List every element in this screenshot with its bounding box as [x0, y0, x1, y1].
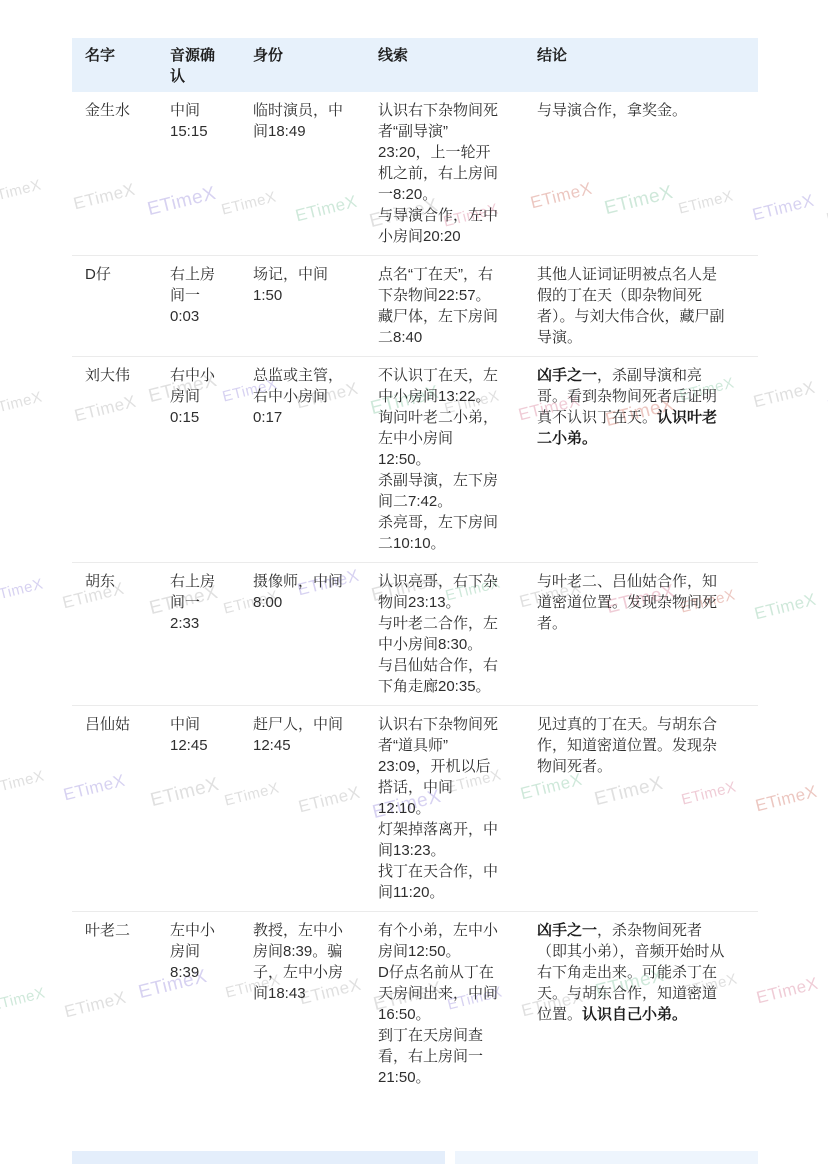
cell-name: D仔: [85, 256, 170, 356]
cell-clues: 有个小弟，左中小房间12:50。 D仔点名前从丁在天房间出来，中间 16:50。…: [378, 912, 537, 1096]
cell-name: 金生水: [85, 92, 170, 255]
cell-clues: 认识右下杂物间死者“副导演” 23:20，上一轮开机之前，右上房间一8:20。 …: [378, 92, 537, 255]
cell-conclusion: 其他人证词证明被点名人是假的丁在天（即杂物间死者）。与刘大伟合伙，藏尸副导演。: [537, 256, 757, 356]
cell-clues: 认识右下杂物间死者“道具师” 23:09，开机以后搭话，中间 12:10。 灯架…: [378, 706, 537, 911]
cell-identity: 临时演员，中间18:49: [253, 92, 378, 255]
cell-audio-confirmation: 右中小房间 0:15: [170, 357, 253, 562]
watermark: ETimeX: [0, 768, 46, 798]
cell-name: 胡东: [85, 563, 170, 705]
cell-clues: 点名“丁在天”，右下杂物间22:57。 藏尸体，左下房间二8:40: [378, 256, 537, 356]
watermark: ETimeX: [0, 177, 43, 207]
cell-name: 刘大伟: [85, 357, 170, 562]
table-row: D仔 右上房间一 0:03 场记，中间 1:50 点名“丁在天”，右下杂物间22…: [72, 256, 758, 357]
column-header-conclusion: 结论: [537, 38, 757, 92]
watermark: ETimeX: [755, 974, 821, 1009]
cell-identity: 赶尸人，中间 12:45: [253, 706, 378, 911]
cell-identity: 场记，中间 1:50: [253, 256, 378, 356]
watermark: ETimeX: [751, 191, 817, 226]
cell-identity: 总监或主管，右中小房间 0:17: [253, 357, 378, 562]
cell-audio-confirmation: 中间 12:45: [170, 706, 253, 911]
column-header-audio: 音源确认: [170, 38, 253, 92]
watermark: ETimeX: [0, 576, 45, 606]
table-row: 吕仙姑 中间 12:45 赶尸人，中间 12:45 认识右下杂物间死者“道具师”…: [72, 706, 758, 912]
column-header-clues: 线索: [378, 38, 537, 92]
cell-audio-confirmation: 右上房间一 0:03: [170, 256, 253, 356]
cell-conclusion: 凶手之一，杀杂物间死者（即其小弟），音频开始时从右下角走出来。可能杀丁在天。与胡…: [537, 912, 757, 1096]
table-header-row: 名字 音源确认 身份 线索 结论: [72, 38, 758, 92]
cell-name: 叶老二: [85, 912, 170, 1096]
table-row: 叶老二 左中小房间 8:39 教授，左中小房间8:39。骗子，左中小房间18:4…: [72, 912, 758, 1096]
cell-identity: 教授，左中小房间8:39。骗子，左中小房间18:43: [253, 912, 378, 1096]
cell-clues: 不认识丁在天，左中小房间13:22。 询问叶老二小弟，左中小房间 12:50。 …: [378, 357, 537, 562]
suspects-table: 名字 音源确认 身份 线索 结论 金生水 中间 15:15 临时演员，中间18:…: [72, 38, 758, 1096]
cell-audio-confirmation: 左中小房间 8:39: [170, 912, 253, 1096]
column-header-name: 名字: [85, 38, 170, 92]
cell-conclusion: 见过真的丁在天。与胡东合作，知道密道位置。发现杂物间死者。: [537, 706, 757, 911]
table-body: 金生水 中间 15:15 临时演员，中间18:49 认识右下杂物间死者“副导演”…: [72, 92, 758, 1096]
cell-conclusion: 凶手之一，杀副导演和亮哥。看到杂物间死者后证明真不认识丁在天。认识叶老二小弟。: [537, 357, 757, 562]
watermark: ETimeX: [752, 378, 818, 413]
table-row: 刘大伟 右中小房间 0:15 总监或主管，右中小房间 0:17 不认识丁在天，左…: [72, 357, 758, 563]
cell-conclusion: 与导演合作，拿奖金。: [537, 92, 757, 255]
watermark: ETimeX: [0, 389, 44, 419]
watermark: ETimeX: [754, 782, 820, 817]
cell-audio-confirmation: 右上房间一 2:33: [170, 563, 253, 705]
table-row: 胡东 右上房间一 2:33 摄像师，中间 8:00 认识亮哥，右下杂物间23:1…: [72, 563, 758, 706]
page: ETimeXETimeXETimeXETimeXETimeXETimeXETim…: [0, 0, 828, 1171]
next-table-header-strip-left: [72, 1151, 445, 1164]
next-table-header-strip-right: [455, 1151, 758, 1164]
watermark: ETimeX: [824, 194, 828, 232]
watermark: ETimeX: [753, 590, 819, 625]
cell-audio-confirmation: 中间 15:15: [170, 92, 253, 255]
cell-conclusion: 与叶老二、吕仙姑合作，知道密道位置。发现杂物间死者。: [537, 563, 757, 705]
table-row: 金生水 中间 15:15 临时演员，中间18:49 认识右下杂物间死者“副导演”…: [72, 92, 758, 256]
cell-identity: 摄像师，中间 8:00: [253, 563, 378, 705]
watermark: ETimeX: [0, 985, 47, 1015]
cell-name: 吕仙姑: [85, 706, 170, 911]
cell-clues: 认识亮哥，右下杂物间23:13。 与叶老二合作，左中小房间8:30。 与吕仙姑合…: [378, 563, 537, 705]
column-header-identity: 身份: [253, 38, 378, 92]
